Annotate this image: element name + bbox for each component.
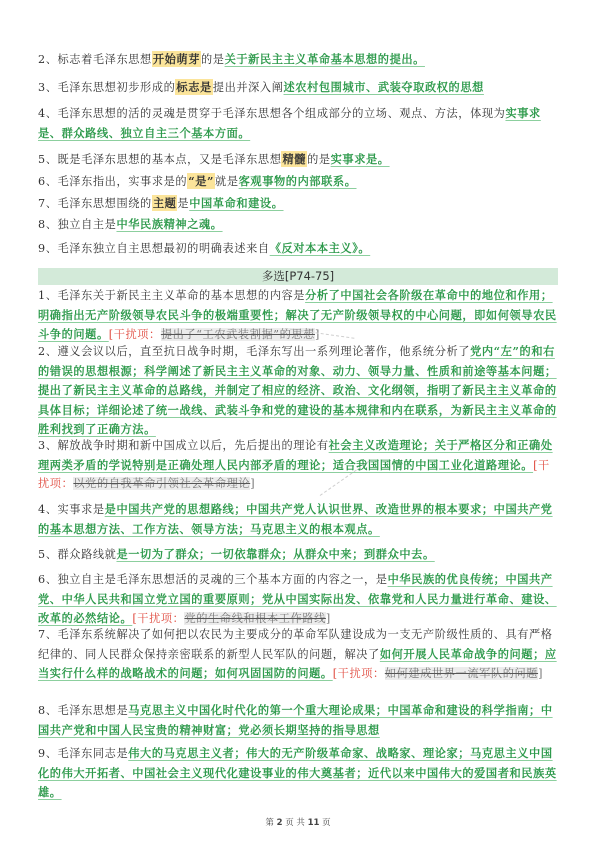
item-number: 8、 (38, 218, 58, 231)
distractor-close: ] (315, 328, 320, 341)
question-text: 既是毛泽东思想的基本点，又是毛泽东思想 (58, 153, 282, 166)
multi-item-9: 9、毛泽东同志是伟大的马克思主义者；伟大的无产阶级革命家、战略家、理论家；马克思… (38, 744, 558, 803)
question-text: 毛泽东思想的活的灵魂是贯穿于毛泽东思想各个组成部分的立场、观点、方法，体现为 (58, 107, 506, 120)
multi-item-6: 6、独立自主是毛泽东思想活的灵魂的三个基本方面的内容之一，是中华民族的优良传统；… (38, 570, 558, 629)
keyword-highlight: 标志是 (175, 79, 212, 95)
single-item-5: 5、既是毛泽东思想的基本点，又是毛泽东思想精髓的是实事求是。 (38, 150, 558, 170)
multi-item-4: 4、实事求是是中国共产党的思想路线；中国共产党人认识世界、改造世界的根本要求；中… (38, 500, 558, 539)
question-text: 提出并深入阐 (213, 81, 284, 94)
document-page: 2、标志着毛泽东思想开始萌芽的是关于新民主主义革命基本思想的提出。 3、毛泽东思… (0, 0, 596, 843)
single-item-3: 3、毛泽东思想初步形成的标志是提出并深入阐述农村包围城市、武装夺取政权的思想 (38, 78, 558, 98)
question-text: 的是 (307, 153, 331, 166)
item-number: 2、 (38, 53, 58, 66)
total-pages-number: 11 (308, 818, 320, 828)
multi-item-8: 8、毛泽东思想是马克思主义中国化时代化的第一个重大理论成果；中国革命和建设的科学… (38, 701, 558, 740)
keyword-highlight: “是” (187, 173, 215, 189)
question-text: 毛泽东思想初步形成的 (58, 81, 176, 94)
question-text: 实事求是 (58, 503, 105, 516)
question-text: 毛泽东思想是 (58, 704, 129, 717)
distractor-label: [干扰项： (132, 612, 184, 625)
answer-text: 述农村包围城市、武装夺取政权的思想 (284, 80, 484, 94)
question-text: 毛泽东思想围绕的 (58, 197, 152, 210)
answer-text: 客观事物的内部联系。 (239, 174, 357, 188)
answer-text: 中华民族精神之魂。 (116, 217, 222, 231)
single-item-2: 2、标志着毛泽东思想开始萌芽的是关于新民主主义革命基本思想的提出。 (38, 50, 558, 70)
item-number: 7、 (38, 197, 58, 210)
single-item-6: 6、毛泽东指出，实事求是的“是”就是客观事物的内部联系。 (38, 172, 558, 192)
item-number: 6、 (38, 573, 58, 586)
question-text: 独立自主是 (58, 218, 117, 231)
distractor-close: ] (538, 667, 543, 680)
footer-text: 页 共 (285, 818, 305, 828)
multi-item-1: 1、毛泽东关于新民主主义革命的基本思想的内容是分析了中国社会各阶级在革命中的地位… (38, 286, 558, 345)
keyword-highlight: 开始萌芽 (152, 51, 201, 67)
single-item-8: 8、独立自主是中华民族精神之魂。 (38, 215, 558, 235)
question-text: 遵义会议以后，直至抗日战争时期，毛泽东写出一系列理论著作，他系统分析了 (58, 345, 471, 358)
question-text: 群众路线就 (58, 548, 117, 561)
multi-item-2: 2、遵义会议以后，直至抗日战争时期，毛泽东写出一系列理论著作，他系统分析了党内“… (38, 342, 558, 440)
item-number: 9、 (38, 242, 58, 255)
single-item-7: 7、毛泽东思想围绕的主题是中国革命和建设。 (38, 194, 558, 214)
keyword-highlight: 主题 (152, 195, 178, 211)
section-header-multiple-choice: 多选[P74-75] (38, 268, 558, 285)
footer-text: 第 (265, 818, 274, 828)
distractor-text: 党的生命线和根本工作路线 (184, 612, 325, 625)
question-text: 毛泽东关于新民主主义革命的基本思想的内容是 (58, 289, 306, 302)
distractor-label: [干扰项： (109, 328, 161, 341)
question-text: 的是 (201, 53, 225, 66)
item-number: 2、 (38, 345, 58, 358)
page-footer: 第 2 页 共 11 页 (0, 816, 596, 828)
answer-text: 是一切为了群众；一切依靠群众；从群众中来；到群众中去。 (116, 547, 434, 561)
question-text: 独立自主是毛泽东思想活的灵魂的三个基本方面的内容之一，是 (58, 573, 388, 586)
item-number: 4、 (38, 107, 58, 120)
item-number: 3、 (38, 439, 58, 452)
answer-text: 实事求是。 (331, 152, 390, 166)
multi-item-7: 7、毛泽东系统解决了如何把以农民为主要成分的革命军队建设成为一支无产阶级性质的、… (38, 626, 558, 684)
distractor-text: 提出了“工农武装割据”的思想 (161, 328, 315, 341)
question-text: 毛泽东独立自主思想最初的明确表述来自 (58, 242, 270, 255)
single-item-4: 4、毛泽东思想的活的灵魂是贯穿于毛泽东思想各个组成部分的立场、观点、方法，体现为… (38, 104, 558, 143)
item-number: 3、 (38, 81, 58, 94)
question-text: 毛泽东指出，实事求是的 (58, 175, 188, 188)
distractor-close: ] (326, 612, 331, 625)
keyword-highlight: 精髓 (281, 151, 307, 167)
item-number: 9、 (38, 747, 58, 760)
item-number: 1、 (38, 289, 58, 302)
item-number: 4、 (38, 503, 58, 516)
item-number: 6、 (38, 175, 58, 188)
multi-item-5: 5、群众路线就是一切为了群众；一切依靠群众；从群众中来；到群众中去。 (38, 545, 558, 565)
answer-text: 关于新民主主义革命基本思想的提出。 (225, 52, 425, 66)
item-number: 8、 (38, 704, 58, 717)
distractor-text: 如何建成世界一流军队的问题 (385, 667, 538, 680)
footer-text: 页 (322, 818, 331, 828)
question-text: 标志着毛泽东思想 (58, 53, 152, 66)
item-number: 5、 (38, 153, 58, 166)
single-item-9: 9、毛泽东独立自主思想最初的明确表述来自《反对本本主义》。 (38, 239, 558, 259)
question-text: 就是 (215, 175, 239, 188)
answer-text: 是中国共产党的思想路线；中国共产党人认识世界、改造世界的根本要求；中国共产党的基… (38, 502, 553, 536)
multi-item-3: 3、解放战争时期和新中国成立以后，先后提出的理论有社会主义改造理论；关于严格区分… (38, 436, 558, 494)
distractor-close: ] (250, 477, 255, 490)
distractor-label: [干扰项： (333, 667, 385, 680)
item-number: 5、 (38, 548, 58, 561)
answer-text: 《反对本本主义》。 (270, 241, 371, 255)
question-text: 解放战争时期和新中国成立以后，先后提出的理论有 (58, 439, 329, 452)
item-number: 7、 (38, 628, 58, 641)
answer-text: 中国革命和建设。 (189, 196, 283, 210)
distractor-text: 以党的自我革命引领社会革命理论 (73, 477, 250, 490)
current-page-number: 2 (277, 818, 283, 828)
question-text: 是 (177, 197, 189, 210)
question-text: 毛泽东同志是 (58, 747, 129, 760)
